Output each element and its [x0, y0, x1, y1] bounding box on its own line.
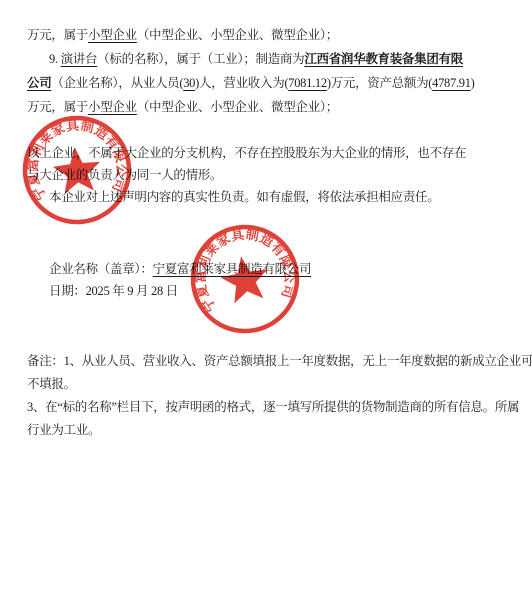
text-line: 9. 演讲台（标的名称），属于（工业）；制造商为江西省润华教育装备集团有限 [27, 47, 512, 71]
text-run: （企业名称），从业人员( [51, 76, 183, 90]
text-run: （中型企业、小型企业、微型企业）； [137, 100, 338, 114]
text-run: 行业为工业。 [27, 423, 100, 437]
text-run: 9. [49, 52, 61, 66]
text-run: 本企业对上述声明内容的真实性负责。如有虚假，将依法承担相应责任。 [49, 190, 439, 204]
text-line: 万元，属于小型企业（中型企业、小型企业、微型企业）； [27, 23, 512, 47]
text-line: 行业为工业。 [27, 419, 512, 442]
text-line: 备注：1、从业人员、营业收入、资产总额填报上一年度数据，无上一年度数据的新成立企… [27, 350, 512, 373]
text-run: （标的名称），属于（工业）；制造商为 [97, 52, 304, 66]
text-run: 不填报。 [27, 377, 76, 391]
text-run: 4787.91 [432, 76, 471, 90]
text-run: 企业名称（盖章）： [49, 262, 153, 276]
text-run: )万元，资产总额为( [327, 76, 432, 90]
text-run: 万元，属于 [27, 28, 88, 42]
text-line: 日期：2025 年 9 月 28 日 [27, 280, 512, 302]
text-line: 3、在“标的名称”栏目下，按声明函的格式，逐一填写所提供的货物制造商的所有信息。… [27, 396, 512, 419]
text-run: 江西省润华教育装备集团有限 [304, 52, 463, 66]
text-run: 小型企业 [88, 28, 137, 42]
text-run: 公司 [27, 76, 51, 90]
text-run: 7081.12 [288, 76, 327, 90]
text-run: 备注：1、从业人员、营业收入、资产总额填报上一年度数据，无上一年度数据的新成立企… [27, 354, 532, 368]
text-run: 小型企业 [88, 100, 137, 114]
text-run: 日期：2025 年 9 月 28 日 [49, 284, 178, 298]
text-line: 万元，属于小型企业（中型企业、小型企业、微型企业）； [27, 95, 512, 119]
declaration-text: 万元，属于小型企业（中型企业、小型企业、微型企业）；9. 演讲台（标的名称），属… [0, 0, 532, 442]
text-run: 宁夏富利莱家具制造有限公司 [153, 262, 312, 276]
text-run: （中型企业、小型企业、微型企业）； [137, 28, 338, 42]
text-line: 与大企业的负责人为同一人的情形。 [27, 164, 512, 186]
text-run: 演讲台 [61, 52, 98, 66]
text-run: )人，营业收入为( [195, 76, 288, 90]
text-run: 万元，属于 [27, 100, 88, 114]
text-line: 不填报。 [27, 373, 512, 396]
text-line: 本企业对上述声明内容的真实性负责。如有虚假，将依法承担相应责任。 [27, 186, 512, 208]
text-run: ) [471, 76, 475, 90]
text-line: 公司（企业名称），从业人员(30)人，营业收入为(7081.12)万元，资产总额… [27, 71, 512, 95]
text-line: 以上企业，不属于大企业的分支机构，不存在控股股东为大企业的情形，也不存在 [27, 142, 512, 164]
text-run: 3、在“标的名称”栏目下，按声明函的格式，逐一填写所提供的货物制造商的所有信息。… [27, 400, 519, 414]
text-run: 与大企业的负责人为同一人的情形。 [27, 168, 222, 182]
text-run: 30 [183, 76, 195, 90]
document-page: 万元，属于小型企业（中型企业、小型企业、微型企业）；9. 演讲台（标的名称），属… [0, 0, 532, 607]
text-run: 以上企业，不属于大企业的分支机构，不存在控股股东为大企业的情形，也不存在 [27, 146, 466, 160]
text-line: 企业名称（盖章）：宁夏富利莱家具制造有限公司 [27, 258, 512, 280]
